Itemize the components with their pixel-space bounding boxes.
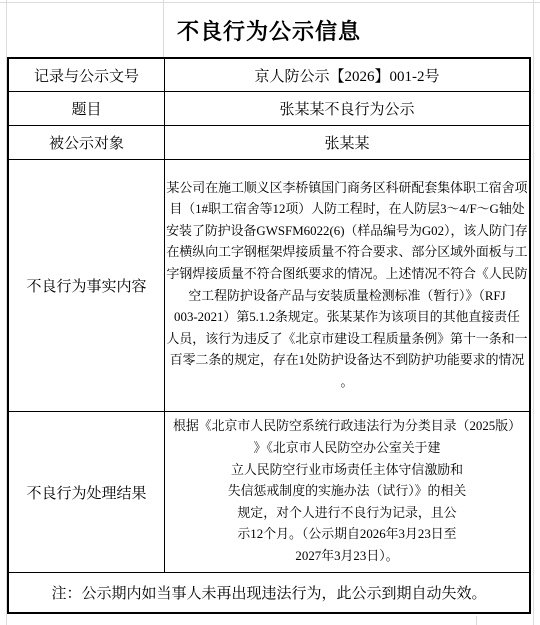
gridline-right <box>533 0 534 625</box>
row-label-handling-result: 不良行为处理结果 <box>9 412 165 572</box>
notice-table: 记录与公示文号 京人防公示【2026】001-2号 题目 张某某不良行为公示 被… <box>7 57 531 614</box>
table-row-publicized-party: 被公示对象 张某某 <box>9 126 529 160</box>
table-row-fact-content: 不良行为事实内容 某公司在施工顺义区李桥镇国门商务区科研配套集体职工宿舍项 目（… <box>9 160 529 412</box>
note-text: 注：公示期内如当事人未再出现违法行为，此公示到期自动失效。 <box>51 582 486 603</box>
table-row-handling-result: 不良行为处理结果 根据《北京市人民防空系统行政违法行为分类目录（2025版） 》… <box>9 412 529 573</box>
table-row-document-number: 记录与公示文号 京人防公示【2026】001-2号 <box>9 59 529 92</box>
page-title: 不良行为公示信息 <box>7 3 531 57</box>
row-value-handling-result: 根据《北京市人民防空系统行政违法行为分类目录（2025版） 》《北京市人民防空办… <box>165 412 529 572</box>
table-row-subject: 题目 张某某不良行为公示 <box>9 92 529 126</box>
row-value-publicized-party: 张某某 <box>165 126 529 159</box>
row-label-fact-content: 不良行为事实内容 <box>9 160 165 411</box>
row-value-document-number: 京人防公示【2026】001-2号 <box>165 59 529 91</box>
gridline-column-stub-bottom <box>476 616 477 625</box>
row-value-subject: 张某某不良行为公示 <box>165 92 529 125</box>
row-label-publicized-party: 被公示对象 <box>9 126 165 159</box>
table-note-row: 注：公示期内如当事人未再出现违法行为，此公示到期自动失效。 <box>9 573 529 612</box>
row-value-fact-content: 某公司在施工顺义区李桥镇国门商务区科研配套集体职工宿舍项 目（1#职工宿舍等12… <box>165 160 529 411</box>
row-label-subject: 题目 <box>9 92 165 125</box>
row-label-document-number: 记录与公示文号 <box>9 59 165 91</box>
